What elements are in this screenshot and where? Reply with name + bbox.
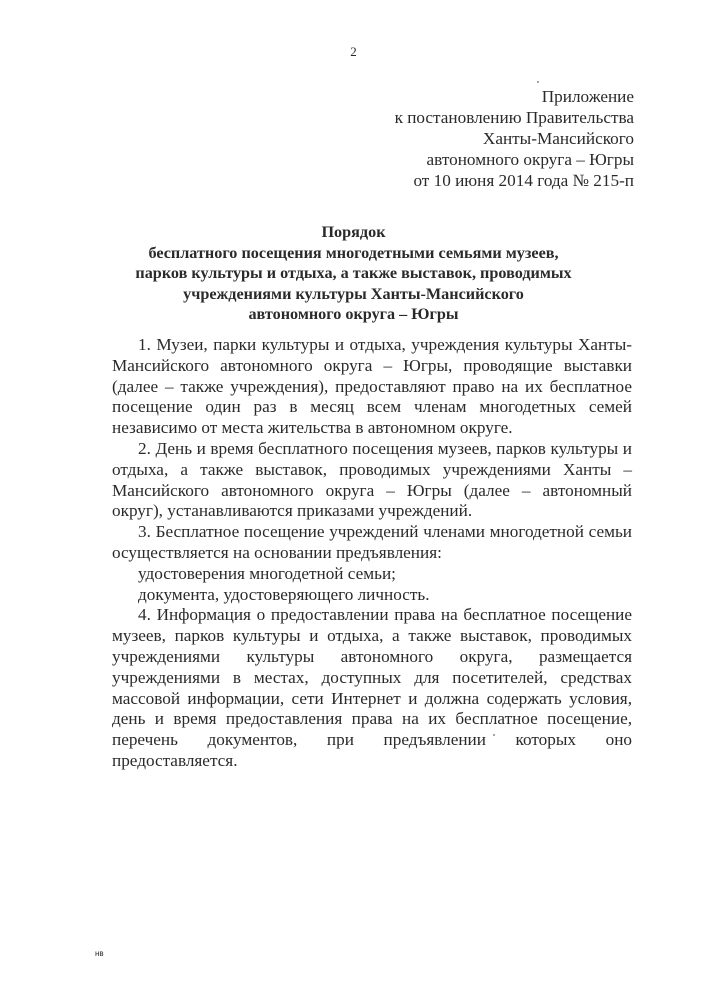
scan-speck [493,734,495,736]
appendix-line: к постановлению Правительства [395,107,634,128]
title-line: автономного округа – Югры [0,304,707,325]
list-item: удостоверения многодетной семьи; [112,564,632,585]
paragraph-3: 3. Бесплатное посещение учреждений члена… [112,522,632,564]
title-line: бесплатного посещения многодетными семья… [0,243,707,264]
title-line: учреждениями культуры Ханты-Мансийского [0,284,707,305]
page-number: 2 [0,44,707,60]
document-title: Порядок бесплатного посещения многодетны… [0,222,707,325]
appendix-line: Приложение [395,86,634,107]
appendix-line: Ханты-Мансийского [395,128,634,149]
scan-speck [537,81,539,83]
title-heading: Порядок [0,222,707,243]
appendix-line: от 10 июня 2014 года № 215-п [395,170,634,191]
document-body: 1. Музеи, парки культуры и отдыха, учреж… [112,335,632,772]
appendix-reference: Приложение к постановлению Правительства… [395,86,634,191]
paragraph-1: 1. Музеи, парки культуры и отдыха, учреж… [112,335,632,439]
paragraph-4: 4. Информация о предоставлении права на … [112,605,632,771]
footer-initials: нв [95,949,104,958]
paragraph-2: 2. День и время бесплатного посещения му… [112,439,632,522]
list-item: документа, удостоверяющего личность. [112,585,632,606]
title-line: парков культуры и отдыха, а также выстав… [0,263,707,284]
appendix-line: автономного округа – Югры [395,149,634,170]
